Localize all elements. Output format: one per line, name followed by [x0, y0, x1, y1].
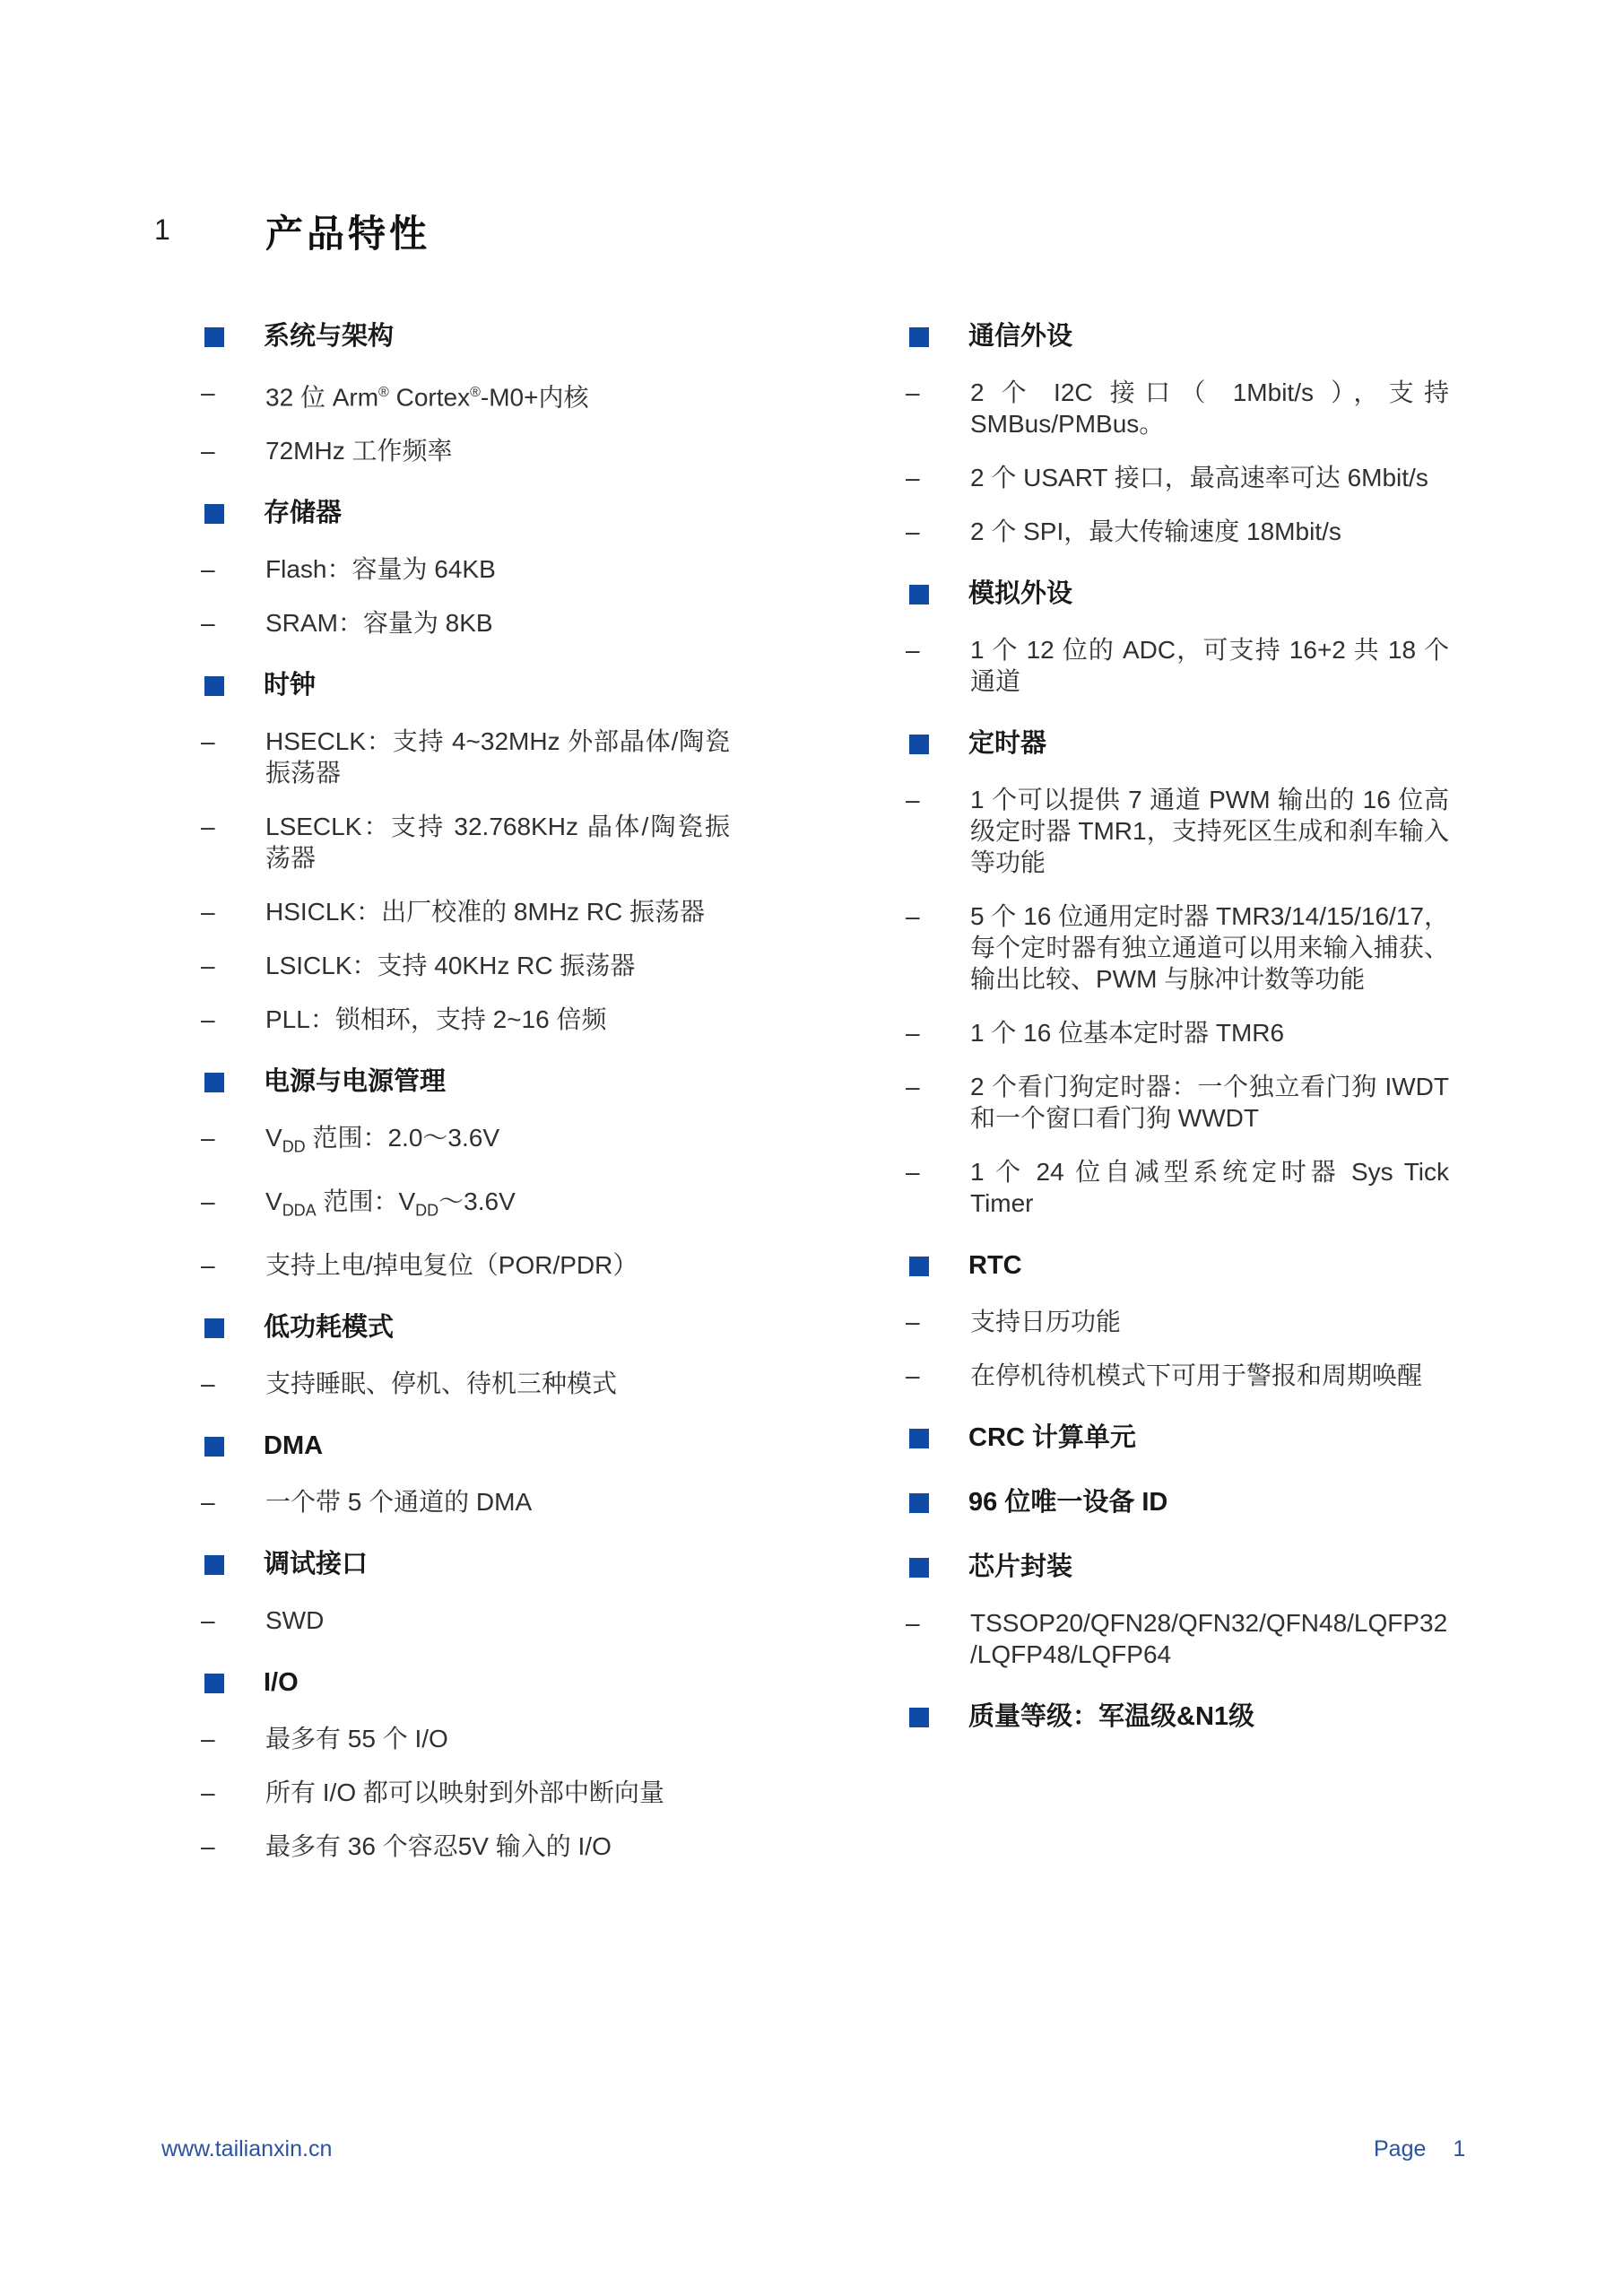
feature-item-text: VDDA 范围：VDD～3.6V	[265, 1186, 730, 1227]
bullet-cell	[199, 1667, 264, 1693]
section-heading-row: 低功耗模式	[199, 1312, 730, 1344]
section-heading: 96 位唯一设备 ID	[968, 1487, 1449, 1518]
feature-section: 调试接口–SWD	[199, 1540, 730, 1658]
dash-bullet-icon: –	[199, 553, 265, 585]
feature-item-text: 所有 I/O 都可以映射到外部中断向量	[265, 1777, 730, 1808]
feature-item-text: 5 个 16 位通用定时器 TMR3/14/15/16/17，每个定时器有独立通…	[970, 900, 1449, 995]
bullet-cell	[199, 321, 264, 347]
feature-section: CRC 计算单元	[904, 1413, 1449, 1478]
feature-item-text: 72MHz 工作频率	[265, 435, 730, 466]
dash-bullet-icon: –	[199, 377, 265, 408]
feature-item-text: 2 个 I2C 接口（ 1Mbit/s ），支持 SMBus/PMBus。	[970, 377, 1449, 439]
feature-item-text: 2 个看门狗定时器：一个独立看门狗 IWDT 和一个窗口看门狗 WWDT	[970, 1071, 1449, 1134]
bullet-square-icon	[204, 1555, 224, 1575]
bullet-square-icon	[909, 1493, 929, 1513]
dash-bullet-icon: –	[199, 1777, 265, 1808]
bullet-square-icon	[204, 1318, 224, 1338]
dash-bullet-icon: –	[199, 1186, 265, 1217]
feature-item-text: 支持上电/掉电复位（POR/PDR）	[265, 1249, 730, 1281]
feature-item-text: 1 个 24 位自减型系统定时器 Sys Tick Timer	[970, 1156, 1449, 1219]
feature-item-text: Flash：容量为 64KB	[265, 553, 730, 585]
section-number: 1	[154, 213, 170, 247]
feature-item-text: SWD	[265, 1605, 730, 1636]
feature-item: –32 位 Arm® Cortex®-M0+内核	[199, 377, 730, 413]
feature-item: –SRAM：容量为 8KB	[199, 607, 730, 639]
dash-bullet-icon: –	[199, 1004, 265, 1035]
section-heading: 低功耗模式	[264, 1312, 730, 1344]
dash-bullet-icon: –	[199, 435, 265, 466]
bullet-square-icon	[909, 1708, 929, 1727]
section-heading-row: RTC	[904, 1250, 1449, 1282]
footer-page-label: Page	[1374, 2136, 1426, 2162]
dash-bullet-icon: –	[904, 1360, 970, 1391]
feature-item: –HSECLK：支持 4~32MHz 外部晶体/陶瓷振荡器	[199, 726, 730, 788]
section-heading-row: 芯片封装	[904, 1552, 1449, 1583]
dash-bullet-icon: –	[904, 900, 970, 932]
dash-bullet-icon: –	[199, 896, 265, 927]
bullet-cell	[904, 578, 968, 604]
bullet-cell	[904, 1250, 968, 1276]
dash-bullet-icon: –	[199, 726, 265, 757]
feature-item: –2 个 I2C 接口（ 1Mbit/s ），支持 SMBus/PMBus。	[904, 377, 1449, 439]
feature-item-text: 支持日历功能	[970, 1306, 1449, 1337]
section-heading: 质量等级：军温级&N1级	[968, 1701, 1449, 1733]
feature-section: 模拟外设–1 个 12 位的 ADC，可支持 16+2 共 18 个通道	[904, 570, 1449, 719]
section-heading-row: 通信外设	[904, 321, 1449, 352]
dash-bullet-icon: –	[199, 1723, 265, 1754]
bullet-cell	[199, 1431, 264, 1457]
dash-bullet-icon: –	[199, 950, 265, 981]
feature-item: –TSSOP20/QFN28/QFN32/QFN48/LQFP32/LQFP48…	[904, 1607, 1449, 1670]
feature-item-text: HSICLK：出厂校准的 8MHz RC 振荡器	[265, 896, 730, 927]
dash-bullet-icon: –	[904, 634, 970, 665]
dash-bullet-icon: –	[199, 1831, 265, 1862]
bullet-cell	[199, 1312, 264, 1338]
section-heading: RTC	[968, 1250, 1449, 1282]
dash-bullet-icon: –	[904, 1071, 970, 1102]
feature-item: –支持日历功能	[904, 1306, 1449, 1337]
bullet-cell	[199, 670, 264, 696]
footer-page-number: 1	[1453, 2136, 1465, 2162]
dash-bullet-icon: –	[904, 1607, 970, 1639]
section-heading-row: 质量等级：军温级&N1级	[904, 1701, 1449, 1733]
section-heading: 系统与架构	[264, 321, 730, 352]
feature-item: –支持上电/掉电复位（POR/PDR）	[199, 1249, 730, 1281]
feature-section: 系统与架构–32 位 Arm® Cortex®-M0+内核–72MHz 工作频率	[199, 312, 730, 489]
section-heading: 调试接口	[264, 1549, 730, 1580]
bullet-cell	[904, 1487, 968, 1513]
section-heading: 模拟外设	[968, 578, 1449, 610]
section-heading: 芯片封装	[968, 1552, 1449, 1583]
dash-bullet-icon: –	[199, 1605, 265, 1636]
section-heading: 电源与电源管理	[264, 1066, 730, 1098]
feature-item-text: SRAM：容量为 8KB	[265, 607, 730, 639]
section-heading-row: CRC 计算单元	[904, 1422, 1449, 1454]
feature-item: –1 个 24 位自减型系统定时器 Sys Tick Timer	[904, 1156, 1449, 1219]
section-heading: I/O	[264, 1667, 730, 1699]
feature-item: –支持睡眠、停机、待机三种模式	[199, 1368, 730, 1399]
bullet-cell	[199, 498, 264, 524]
feature-section: 存储器–Flash：容量为 64KB–SRAM：容量为 8KB	[199, 489, 730, 661]
feature-item: –最多有 36 个容忍5V 输入的 I/O	[199, 1831, 730, 1862]
bullet-square-icon	[204, 1437, 224, 1457]
feature-section: 定时器–1 个可以提供 7 通道 PWM 输出的 16 位高级定时器 TMR1，…	[904, 719, 1449, 1241]
dash-bullet-icon: –	[199, 1249, 265, 1281]
dash-bullet-icon: –	[904, 1156, 970, 1187]
feature-item-text: 一个带 5 个通道的 DMA	[265, 1486, 730, 1518]
section-heading-row: 调试接口	[199, 1549, 730, 1580]
footer-website-link[interactable]: www.tailianxin.cn	[161, 2136, 332, 2162]
feature-item: –一个带 5 个通道的 DMA	[199, 1486, 730, 1518]
feature-section: 电源与电源管理–VDD 范围：2.0～3.6V–VDDA 范围：VDD～3.6V…	[199, 1057, 730, 1302]
feature-item: –所有 I/O 都可以映射到外部中断向量	[199, 1777, 730, 1808]
dash-bullet-icon: –	[904, 1017, 970, 1048]
dash-bullet-icon: –	[199, 1368, 265, 1399]
section-heading: 通信外设	[968, 321, 1449, 352]
bullet-cell	[904, 728, 968, 754]
feature-item: –1 个 16 位基本定时器 TMR6	[904, 1017, 1449, 1048]
bullet-cell	[904, 321, 968, 347]
page-title: 产品特性	[265, 204, 430, 258]
feature-item: –LSECLK：支持 32.768KHz 晶体/陶瓷振荡器	[199, 811, 730, 874]
bullet-square-icon	[204, 327, 224, 347]
bullet-cell	[904, 1422, 968, 1448]
feature-item: –VDD 范围：2.0～3.6V	[199, 1122, 730, 1163]
dash-bullet-icon: –	[904, 462, 970, 493]
section-heading: DMA	[264, 1431, 730, 1462]
feature-section: I/O–最多有 55 个 I/O–所有 I/O 都可以映射到外部中断向量–最多有…	[199, 1658, 730, 1884]
feature-item: –2 个看门狗定时器：一个独立看门狗 IWDT 和一个窗口看门狗 WWDT	[904, 1071, 1449, 1134]
footer-page-indicator: Page 1	[1374, 2136, 1465, 2162]
feature-item: –LSICLK：支持 40KHz RC 振荡器	[199, 950, 730, 981]
section-heading-row: I/O	[199, 1667, 730, 1699]
bullet-square-icon	[204, 504, 224, 524]
bullet-square-icon	[909, 1429, 929, 1448]
section-heading: CRC 计算单元	[968, 1422, 1449, 1454]
feature-item-text: HSECLK：支持 4~32MHz 外部晶体/陶瓷振荡器	[265, 726, 730, 788]
feature-item-text: 32 位 Arm® Cortex®-M0+内核	[265, 377, 730, 413]
dash-bullet-icon: –	[904, 784, 970, 815]
dash-bullet-icon: –	[199, 1486, 265, 1518]
feature-item-text: TSSOP20/QFN28/QFN32/QFN48/LQFP32/LQFP48/…	[970, 1607, 1449, 1670]
bullet-cell	[904, 1701, 968, 1727]
feature-item: –72MHz 工作频率	[199, 435, 730, 466]
feature-item: –2 个 USART 接口，最高速率可达 6Mbit/s	[904, 462, 1449, 493]
bullet-square-icon	[909, 327, 929, 347]
section-heading-row: 存储器	[199, 498, 730, 529]
bullet-square-icon	[909, 735, 929, 754]
feature-item-text: VDD 范围：2.0～3.6V	[265, 1122, 730, 1163]
section-heading: 存储器	[264, 498, 730, 529]
feature-section: 芯片封装–TSSOP20/QFN28/QFN32/QFN48/LQFP32/LQ…	[904, 1543, 1449, 1692]
features-left-column: 系统与架构–32 位 Arm® Cortex®-M0+内核–72MHz 工作频率…	[199, 312, 730, 1884]
feature-item: –最多有 55 个 I/O	[199, 1723, 730, 1754]
feature-item: –VDDA 范围：VDD～3.6V	[199, 1186, 730, 1227]
bullet-cell	[904, 1552, 968, 1578]
bullet-square-icon	[204, 676, 224, 696]
feature-item-text: 1 个 12 位的 ADC，可支持 16+2 共 18 个通道	[970, 634, 1449, 697]
feature-item-text: 最多有 55 个 I/O	[265, 1723, 730, 1754]
section-heading-row: 系统与架构	[199, 321, 730, 352]
dash-bullet-icon: –	[904, 1306, 970, 1337]
feature-section: 低功耗模式–支持睡眠、停机、待机三种模式	[199, 1303, 730, 1422]
feature-item: –5 个 16 位通用定时器 TMR3/14/15/16/17，每个定时器有独立…	[904, 900, 1449, 995]
dash-bullet-icon: –	[199, 607, 265, 639]
feature-item: –1 个 12 位的 ADC，可支持 16+2 共 18 个通道	[904, 634, 1449, 697]
feature-section: DMA–一个带 5 个通道的 DMA	[199, 1422, 730, 1540]
feature-item-text: 2 个 USART 接口，最高速率可达 6Mbit/s	[970, 462, 1449, 493]
bullet-cell	[199, 1066, 264, 1092]
section-heading-row: 时钟	[199, 670, 730, 701]
bullet-square-icon	[909, 1558, 929, 1578]
feature-item-text: LSECLK：支持 32.768KHz 晶体/陶瓷振荡器	[265, 811, 730, 874]
feature-section: 96 位唯一设备 ID	[904, 1478, 1449, 1543]
dash-bullet-icon: –	[904, 516, 970, 547]
bullet-cell	[199, 1549, 264, 1575]
bullet-square-icon	[204, 1674, 224, 1693]
feature-item: –SWD	[199, 1605, 730, 1636]
feature-section: 质量等级：军温级&N1级	[904, 1692, 1449, 1757]
feature-item: –1 个可以提供 7 通道 PWM 输出的 16 位高级定时器 TMR1，支持死…	[904, 784, 1449, 878]
feature-item-text: 1 个可以提供 7 通道 PWM 输出的 16 位高级定时器 TMR1，支持死区…	[970, 784, 1449, 878]
section-heading: 时钟	[264, 670, 730, 701]
feature-item: –HSICLK：出厂校准的 8MHz RC 振荡器	[199, 896, 730, 927]
feature-item-text: LSICLK：支持 40KHz RC 振荡器	[265, 950, 730, 981]
feature-section: RTC–支持日历功能–在停机待机模式下可用于警报和周期唤醒	[904, 1241, 1449, 1413]
bullet-square-icon	[909, 585, 929, 604]
feature-item-text: PLL：锁相环，支持 2~16 倍频	[265, 1004, 730, 1035]
feature-item: –在停机待机模式下可用于警报和周期唤醒	[904, 1360, 1449, 1391]
section-heading-row: DMA	[199, 1431, 730, 1462]
feature-section: 时钟–HSECLK：支持 4~32MHz 外部晶体/陶瓷振荡器–LSECLK：支…	[199, 661, 730, 1057]
section-heading: 定时器	[968, 728, 1449, 760]
dash-bullet-icon: –	[199, 811, 265, 842]
feature-item-text: 2 个 SPI，最大传输速度 18Mbit/s	[970, 516, 1449, 547]
feature-item-text: 1 个 16 位基本定时器 TMR6	[970, 1017, 1449, 1048]
bullet-square-icon	[909, 1257, 929, 1276]
bullet-square-icon	[204, 1073, 224, 1092]
feature-item: –Flash：容量为 64KB	[199, 553, 730, 585]
section-heading-row: 模拟外设	[904, 578, 1449, 610]
section-heading-row: 定时器	[904, 728, 1449, 760]
feature-item: –PLL：锁相环，支持 2~16 倍频	[199, 1004, 730, 1035]
feature-section: 通信外设–2 个 I2C 接口（ 1Mbit/s ），支持 SMBus/PMBu…	[904, 312, 1449, 570]
dash-bullet-icon: –	[904, 377, 970, 408]
feature-item: –2 个 SPI，最大传输速度 18Mbit/s	[904, 516, 1449, 547]
features-right-column: 通信外设–2 个 I2C 接口（ 1Mbit/s ），支持 SMBus/PMBu…	[904, 312, 1449, 1757]
feature-item-text: 支持睡眠、停机、待机三种模式	[265, 1368, 730, 1399]
section-heading-row: 电源与电源管理	[199, 1066, 730, 1098]
feature-item-text: 在停机待机模式下可用于警报和周期唤醒	[970, 1360, 1449, 1391]
feature-item-text: 最多有 36 个容忍5V 输入的 I/O	[265, 1831, 730, 1862]
dash-bullet-icon: –	[199, 1122, 265, 1153]
section-heading-row: 96 位唯一设备 ID	[904, 1487, 1449, 1518]
